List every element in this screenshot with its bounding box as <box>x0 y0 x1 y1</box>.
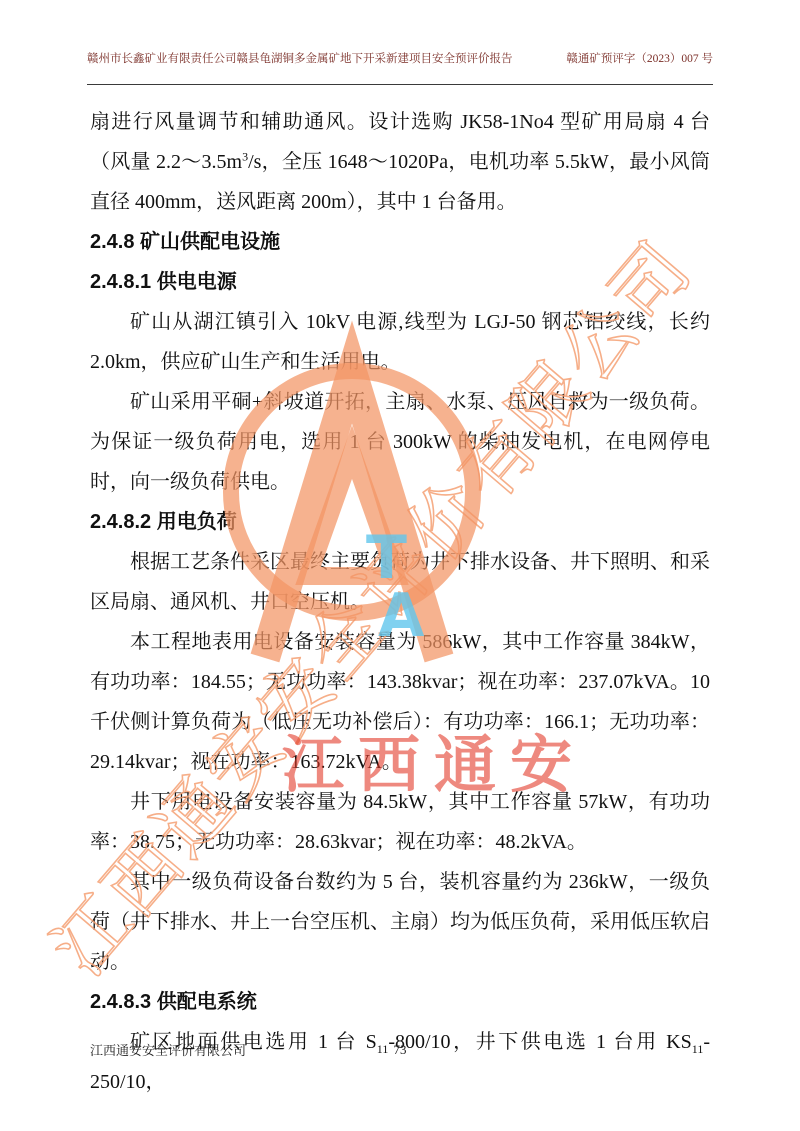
body-paragraph: 根据工艺条件采区最终主要负荷为井下排水设备、井下照明、和采区局扇、通风机、井口空… <box>90 542 710 622</box>
section-heading: 2.4.8.2 用电负荷 <box>90 502 710 542</box>
header-report-title: 赣州市长鑫矿业有限责任公司赣县龟湖铜多金属矿地下开采新建项目安全预评价报告 <box>87 52 513 67</box>
document-body: 扇进行风量调节和辅助通风。设计选购 JK58-1No4 型矿用局扇 4 台（风量… <box>90 102 710 1102</box>
footer-page-number: 73 <box>0 1041 800 1059</box>
page-header: 赣州市长鑫矿业有限责任公司赣县龟湖铜多金属矿地下开采新建项目安全预评价报告 赣通… <box>87 52 713 85</box>
body-paragraph: 本工程地表用电设备安装容量为 586kW，其中工作容量 384kW，有功功率：1… <box>90 622 710 782</box>
body-paragraph: 矿山采用平硐+斜坡道开拓，主扇、水泵、压风自救为一级负荷。为保证一级负荷用电，选… <box>90 382 710 502</box>
section-heading: 2.4.8 矿山供配电设施 <box>90 222 710 262</box>
body-paragraph: 矿区地面供电选用 1 台 S11-800/10，井下供电选 1 台用 KS11-… <box>90 1022 710 1102</box>
body-paragraph: 扇进行风量调节和辅助通风。设计选购 JK58-1No4 型矿用局扇 4 台（风量… <box>90 102 710 222</box>
body-paragraph: 井下用电设备安装容量为 84.5kW，其中工作容量 57kW，有功功率：38.7… <box>90 782 710 862</box>
section-heading: 2.4.8.3 供配电系统 <box>90 982 710 1022</box>
section-heading: 2.4.8.1 供电电源 <box>90 262 710 302</box>
header-document-number: 赣通矿预评字（2023）007 号 <box>566 52 713 67</box>
body-paragraph: 其中一级负荷设备台数约为 5 台，装机容量约为 236kW，一级负荷（井下排水、… <box>90 862 710 982</box>
body-paragraph: 矿山从湖江镇引入 10kV 电源,线型为 LGJ-50 钢芯铝绞线，长约 2.0… <box>90 302 710 382</box>
document-page: 赣州市长鑫矿业有限责任公司赣县龟湖铜多金属矿地下开采新建项目安全预评价报告 赣通… <box>0 0 800 1131</box>
